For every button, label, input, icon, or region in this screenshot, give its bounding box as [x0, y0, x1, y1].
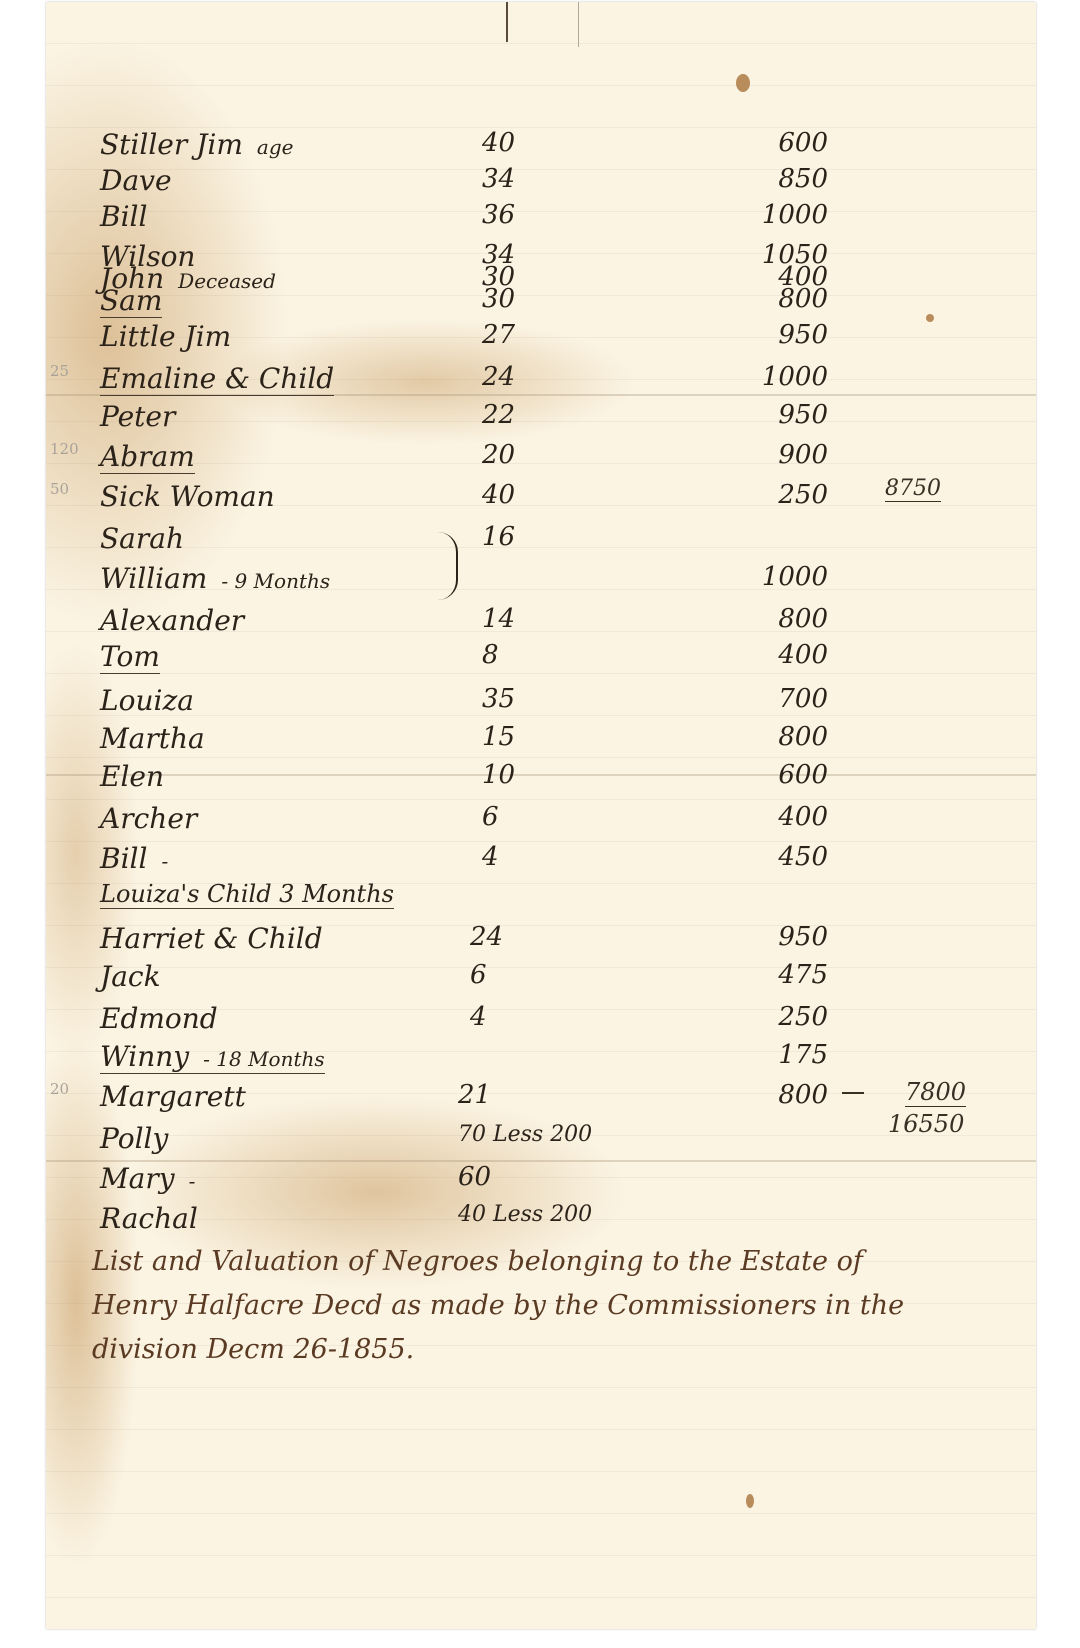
ledger-row: Harriet & Child 24 950 — [0, 922, 1080, 962]
entry-value: 800 — [738, 604, 828, 634]
ledger-row: Sarah 16 — [0, 522, 1080, 562]
subtotal-second-group: 7800 — [905, 1078, 966, 1107]
entry-age: 4 — [470, 1002, 487, 1032]
entry-value: 175 — [738, 1040, 828, 1070]
entry-name: Polly — [100, 1122, 168, 1155]
entry-name: Rachal — [100, 1202, 198, 1235]
ledger-row: Peter 22 950 — [0, 400, 1080, 440]
ledger-row: Winny- 18 Months 175 — [0, 1040, 1080, 1080]
entry-age: 20 — [482, 440, 515, 470]
ledger-row: Tom 8 400 — [0, 640, 1080, 680]
ledger-row: Archer 6 400 — [0, 802, 1080, 842]
entry-value: 950 — [738, 922, 828, 952]
entry-name: Edmond — [100, 1002, 218, 1035]
ledger-row: 25 Emaline & Child 24 1000 — [0, 362, 1080, 402]
entry-name: Harriet & Child — [100, 922, 323, 955]
entry-value: 800 — [738, 722, 828, 752]
entry-name: Sarah — [100, 522, 184, 555]
entry-value: 800 — [738, 1080, 828, 1110]
entry-value: 950 — [738, 320, 828, 350]
entry-age: 16 — [482, 522, 515, 552]
entry-age: 27 — [482, 320, 515, 350]
entry-age: 34 — [482, 164, 515, 194]
entry-age: 8 — [482, 640, 499, 670]
entry-name: William- 9 Months — [100, 562, 330, 595]
entry-name: Emaline & Child — [100, 362, 334, 396]
entry-name: Peter — [100, 400, 175, 433]
caption-line: List and Valuation of Negroes belonging … — [92, 1240, 972, 1284]
margin-note: 120 — [50, 440, 79, 458]
entry-name: Stiller Jimage — [100, 128, 293, 161]
entry-value: 1000 — [738, 200, 828, 230]
ledger-row: Louiza 35 700 — [0, 684, 1080, 724]
entry-name: Tom — [100, 640, 160, 674]
entry-age: 40 — [482, 128, 515, 158]
ledger-row: Louiza's Child 3 Months — [0, 880, 1080, 920]
entry-name: Bill- — [100, 842, 168, 875]
ledger-row: Martha 15 800 — [0, 722, 1080, 762]
entry-age: 6 — [482, 802, 499, 832]
entry-age: 21 — [458, 1080, 491, 1110]
entry-value: 250 — [738, 1002, 828, 1032]
entry-value: 400 — [738, 802, 828, 832]
stain-spot — [736, 74, 750, 92]
entry-name: Dave — [100, 164, 172, 197]
entry-name: Alexander — [100, 604, 244, 637]
entry-age: 40 Less 200 — [458, 1202, 592, 1227]
entry-name: Abram — [100, 440, 195, 474]
ledger-row: Mary- 60 — [0, 1162, 1080, 1202]
entry-age: 22 — [482, 400, 515, 430]
ledger-row: Rachal 40 Less 200 — [0, 1202, 1080, 1242]
entry-age: 10 — [482, 760, 515, 790]
ledger-row: Bill- 4 450 — [0, 842, 1080, 882]
entry-age: 14 — [482, 604, 515, 634]
margin-note: 50 — [50, 480, 69, 498]
entry-value: 250 — [738, 480, 828, 510]
entry-name: Mary- — [100, 1162, 195, 1195]
entry-name: Little Jim — [100, 320, 231, 353]
caption-line: Henry Halfacre Decd as made by the Commi… — [92, 1284, 972, 1328]
entry-name: Sick Woman — [100, 480, 275, 513]
ledger-row: Stiller Jimage 40 600 — [0, 128, 1080, 168]
entry-age: 4 — [482, 842, 499, 872]
margin-note: 25 — [50, 362, 69, 380]
entry-age: 70 Less 200 — [458, 1122, 592, 1147]
crease-mark — [578, 2, 579, 47]
entry-name: Louiza — [100, 684, 194, 717]
entry-value: 800 — [738, 284, 828, 314]
ledger-row: Sam 30 800 — [0, 284, 1080, 324]
stain-spot — [746, 1494, 754, 1508]
ledger-row: 120 Abram 20 900 — [0, 440, 1080, 480]
entry-name: Sam — [100, 284, 162, 318]
entry-age: 30 — [482, 284, 515, 314]
dash-mark — [842, 1092, 864, 1094]
entry-value: 450 — [738, 842, 828, 872]
entry-value: 600 — [738, 128, 828, 158]
entry-value: 400 — [738, 640, 828, 670]
ledger-row: Elen 10 600 — [0, 760, 1080, 800]
ledger-row: Jack 6 475 — [0, 960, 1080, 1000]
entry-value: 600 — [738, 760, 828, 790]
entry-age: 36 — [482, 200, 515, 230]
entry-value: 700 — [738, 684, 828, 714]
entry-name: Louiza's Child 3 Months — [100, 880, 394, 909]
ink-mark — [506, 2, 508, 42]
entry-value: 850 — [738, 164, 828, 194]
margin-note: 20 — [50, 1080, 69, 1098]
entry-value: 475 — [738, 960, 828, 990]
grand-total: 16550 — [888, 1110, 964, 1138]
entry-name: Elen — [100, 760, 164, 793]
entry-name: Margarett — [100, 1080, 246, 1113]
entry-value: 950 — [738, 400, 828, 430]
ledger-row: Dave 34 850 — [0, 164, 1080, 204]
ledger-row: William- 9 Months 1000 — [0, 562, 1080, 602]
entry-name: Jack — [100, 960, 161, 993]
entry-name: Winny- 18 Months — [100, 1040, 325, 1074]
entry-value: 1000 — [738, 562, 828, 592]
ledger-row: Alexander 14 800 — [0, 604, 1080, 644]
entry-age: 35 — [482, 684, 515, 714]
document-caption: List and Valuation of Negroes belonging … — [92, 1240, 972, 1372]
ledger-row: Little Jim 27 950 — [0, 320, 1080, 360]
ledger-row: Bill 36 1000 — [0, 200, 1080, 240]
entry-age: 15 — [482, 722, 515, 752]
entry-name: Martha — [100, 722, 205, 755]
entry-name: Archer — [100, 802, 197, 835]
ledger-row: Edmond 4 250 — [0, 1002, 1080, 1042]
subtotal-first-group: 8750 — [885, 476, 941, 502]
entry-value: 900 — [738, 440, 828, 470]
caption-line: division Decm 26-1855. — [92, 1328, 972, 1372]
entry-age: 24 — [470, 922, 503, 952]
entry-age: 40 — [482, 480, 515, 510]
entry-age: 24 — [482, 362, 515, 392]
entry-age: 6 — [470, 960, 487, 990]
entry-age: 60 — [458, 1162, 491, 1192]
entry-name: Bill — [100, 200, 147, 233]
entry-value: 1000 — [738, 362, 828, 392]
